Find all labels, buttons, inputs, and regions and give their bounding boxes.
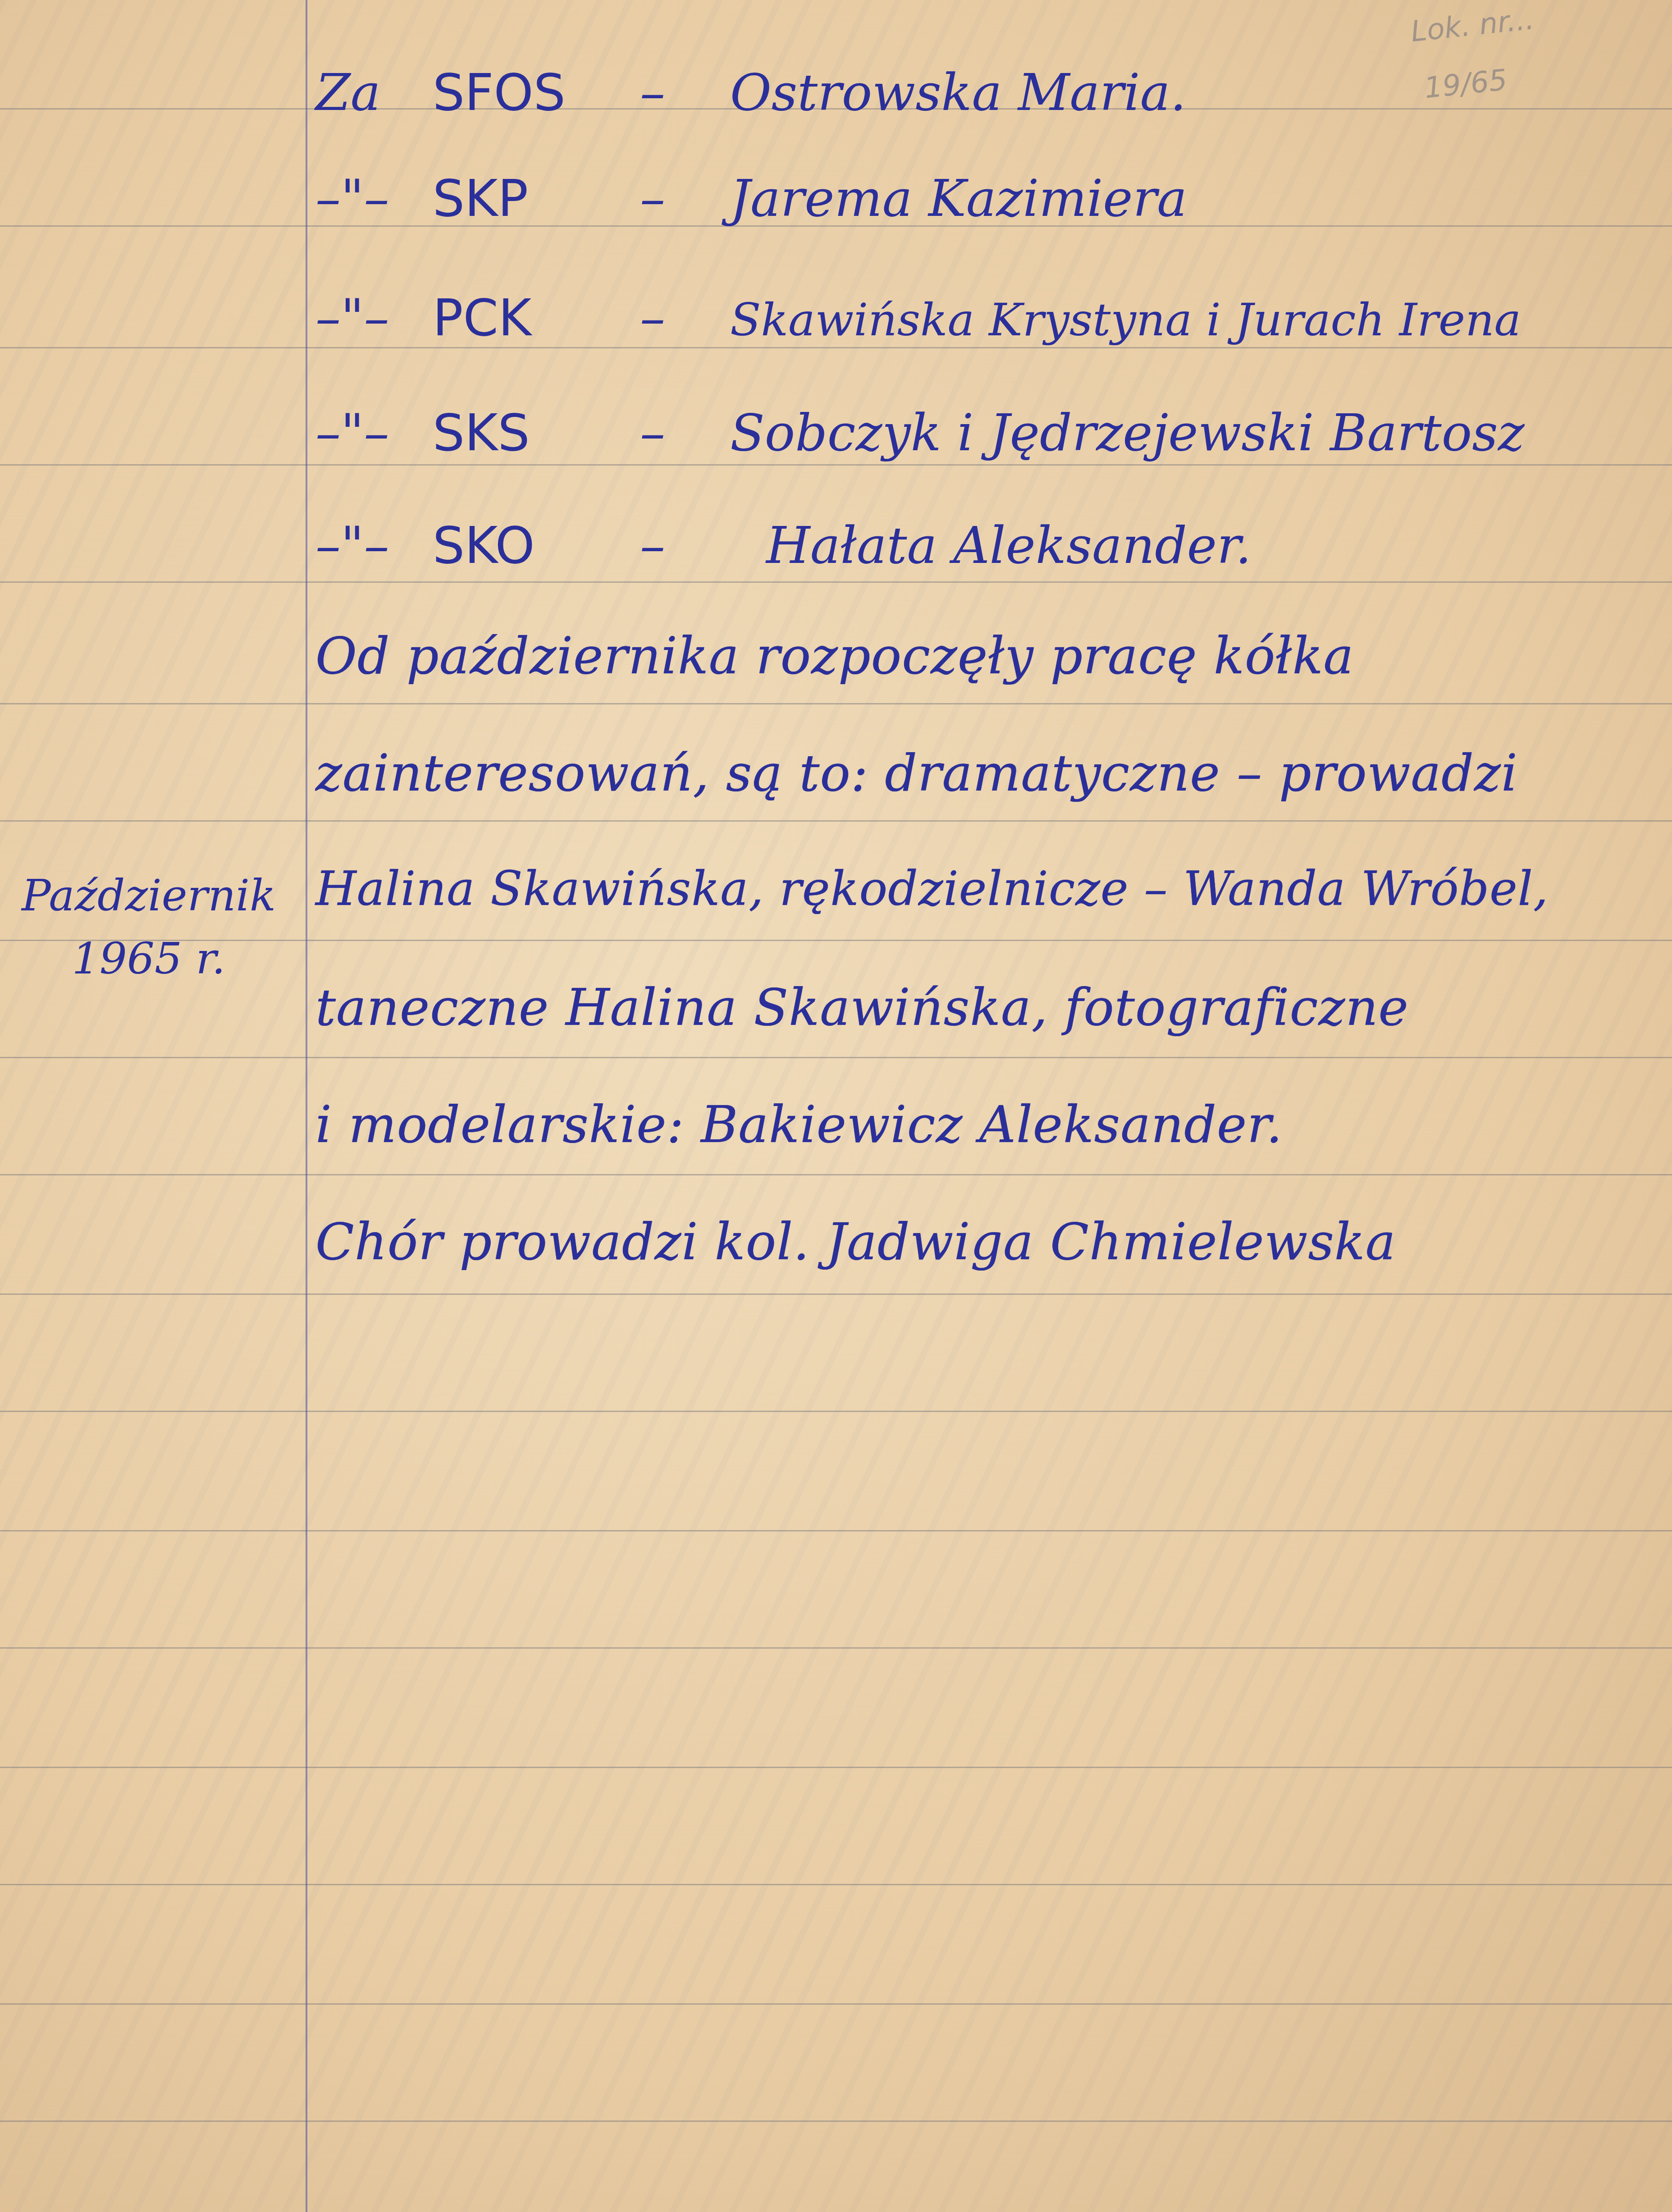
- ruled-line: [0, 2003, 1672, 2005]
- ditto-prefix: –"–: [315, 408, 433, 458]
- ruled-line: [0, 1530, 1672, 1531]
- club-assignment-row: –"–SKP–Jarema Kazimiera: [315, 174, 1645, 224]
- handwritten-line: taneczne Halina Skawińska, fotograficzne: [315, 983, 1645, 1033]
- margin-line: [306, 0, 307, 2212]
- ruled-line: [0, 1767, 1672, 1768]
- ruled-line: [0, 703, 1672, 704]
- handwritten-line: i modelarskie: Bakiewicz Aleksander.: [315, 1100, 1645, 1150]
- dash: –: [640, 293, 730, 343]
- ruled-line: [0, 1174, 1672, 1175]
- margin-date-year: 1965 r.: [9, 933, 288, 985]
- club-leader: Hałata Aleksander.: [730, 521, 1252, 571]
- ruled-line: [0, 1057, 1672, 1058]
- handwritten-line: Chór prowadzi kol. Jadwiga Chmielewska: [315, 1217, 1645, 1267]
- club-leader: Jarema Kazimiera: [730, 174, 1187, 224]
- ruled-line: [0, 464, 1672, 466]
- club-leader: Ostrowska Maria.: [730, 68, 1186, 118]
- handwritten-line: Halina Skawińska, rękodzielnicze – Wanda…: [315, 865, 1645, 912]
- club-abbreviation: SFOS: [433, 68, 640, 118]
- club-assignment-row: –"–SKS–Sobczyk i Jędrzejewski Bartosz: [315, 408, 1645, 458]
- ditto-prefix: –"–: [315, 174, 433, 224]
- ruled-line: [0, 1293, 1672, 1295]
- dash: –: [640, 521, 730, 571]
- club-abbreviation: SKP: [433, 174, 640, 224]
- club-abbreviation: PCK: [433, 293, 640, 343]
- club-leader: Sobczyk i Jędrzejewski Bartosz: [730, 408, 1525, 458]
- ruled-line: [0, 1647, 1672, 1649]
- ruled-line: [0, 347, 1672, 348]
- club-leader: Skawińska Krystyna i Jurach Irena: [730, 297, 1521, 343]
- pencil-note: Lok. nr...: [1409, 3, 1536, 49]
- dash: –: [640, 408, 730, 458]
- ruled-line: [0, 581, 1672, 583]
- club-assignment-row: ZaSFOS–Ostrowska Maria.: [315, 68, 1645, 118]
- notebook-page: Lok. nr... 19/65 ZaSFOS–Ostrowska Maria.…: [0, 0, 1672, 2212]
- handwritten-line: Od października rozpoczęły pracę kółka: [315, 631, 1645, 681]
- ruled-line: [0, 1411, 1672, 1412]
- ditto-prefix: –"–: [315, 293, 433, 343]
- ditto-prefix: –"–: [315, 521, 433, 571]
- margin-date-month: Październik: [9, 870, 288, 922]
- ruled-line: [0, 2121, 1672, 2122]
- club-abbreviation: SKS: [433, 408, 640, 458]
- handwritten-line: zainteresowań, są to: dramatyczne – prow…: [315, 748, 1645, 799]
- club-assignment-row: –"–SKO–Hałata Aleksander.: [315, 521, 1645, 571]
- ruled-line: [0, 820, 1672, 822]
- dash: –: [640, 68, 730, 118]
- dash: –: [640, 174, 730, 224]
- ditto-prefix: Za: [315, 68, 433, 118]
- club-assignment-row: –"–PCK–Skawińska Krystyna i Jurach Irena: [315, 293, 1645, 343]
- ruled-line: [0, 1884, 1672, 1885]
- club-abbreviation: SKO: [433, 521, 640, 571]
